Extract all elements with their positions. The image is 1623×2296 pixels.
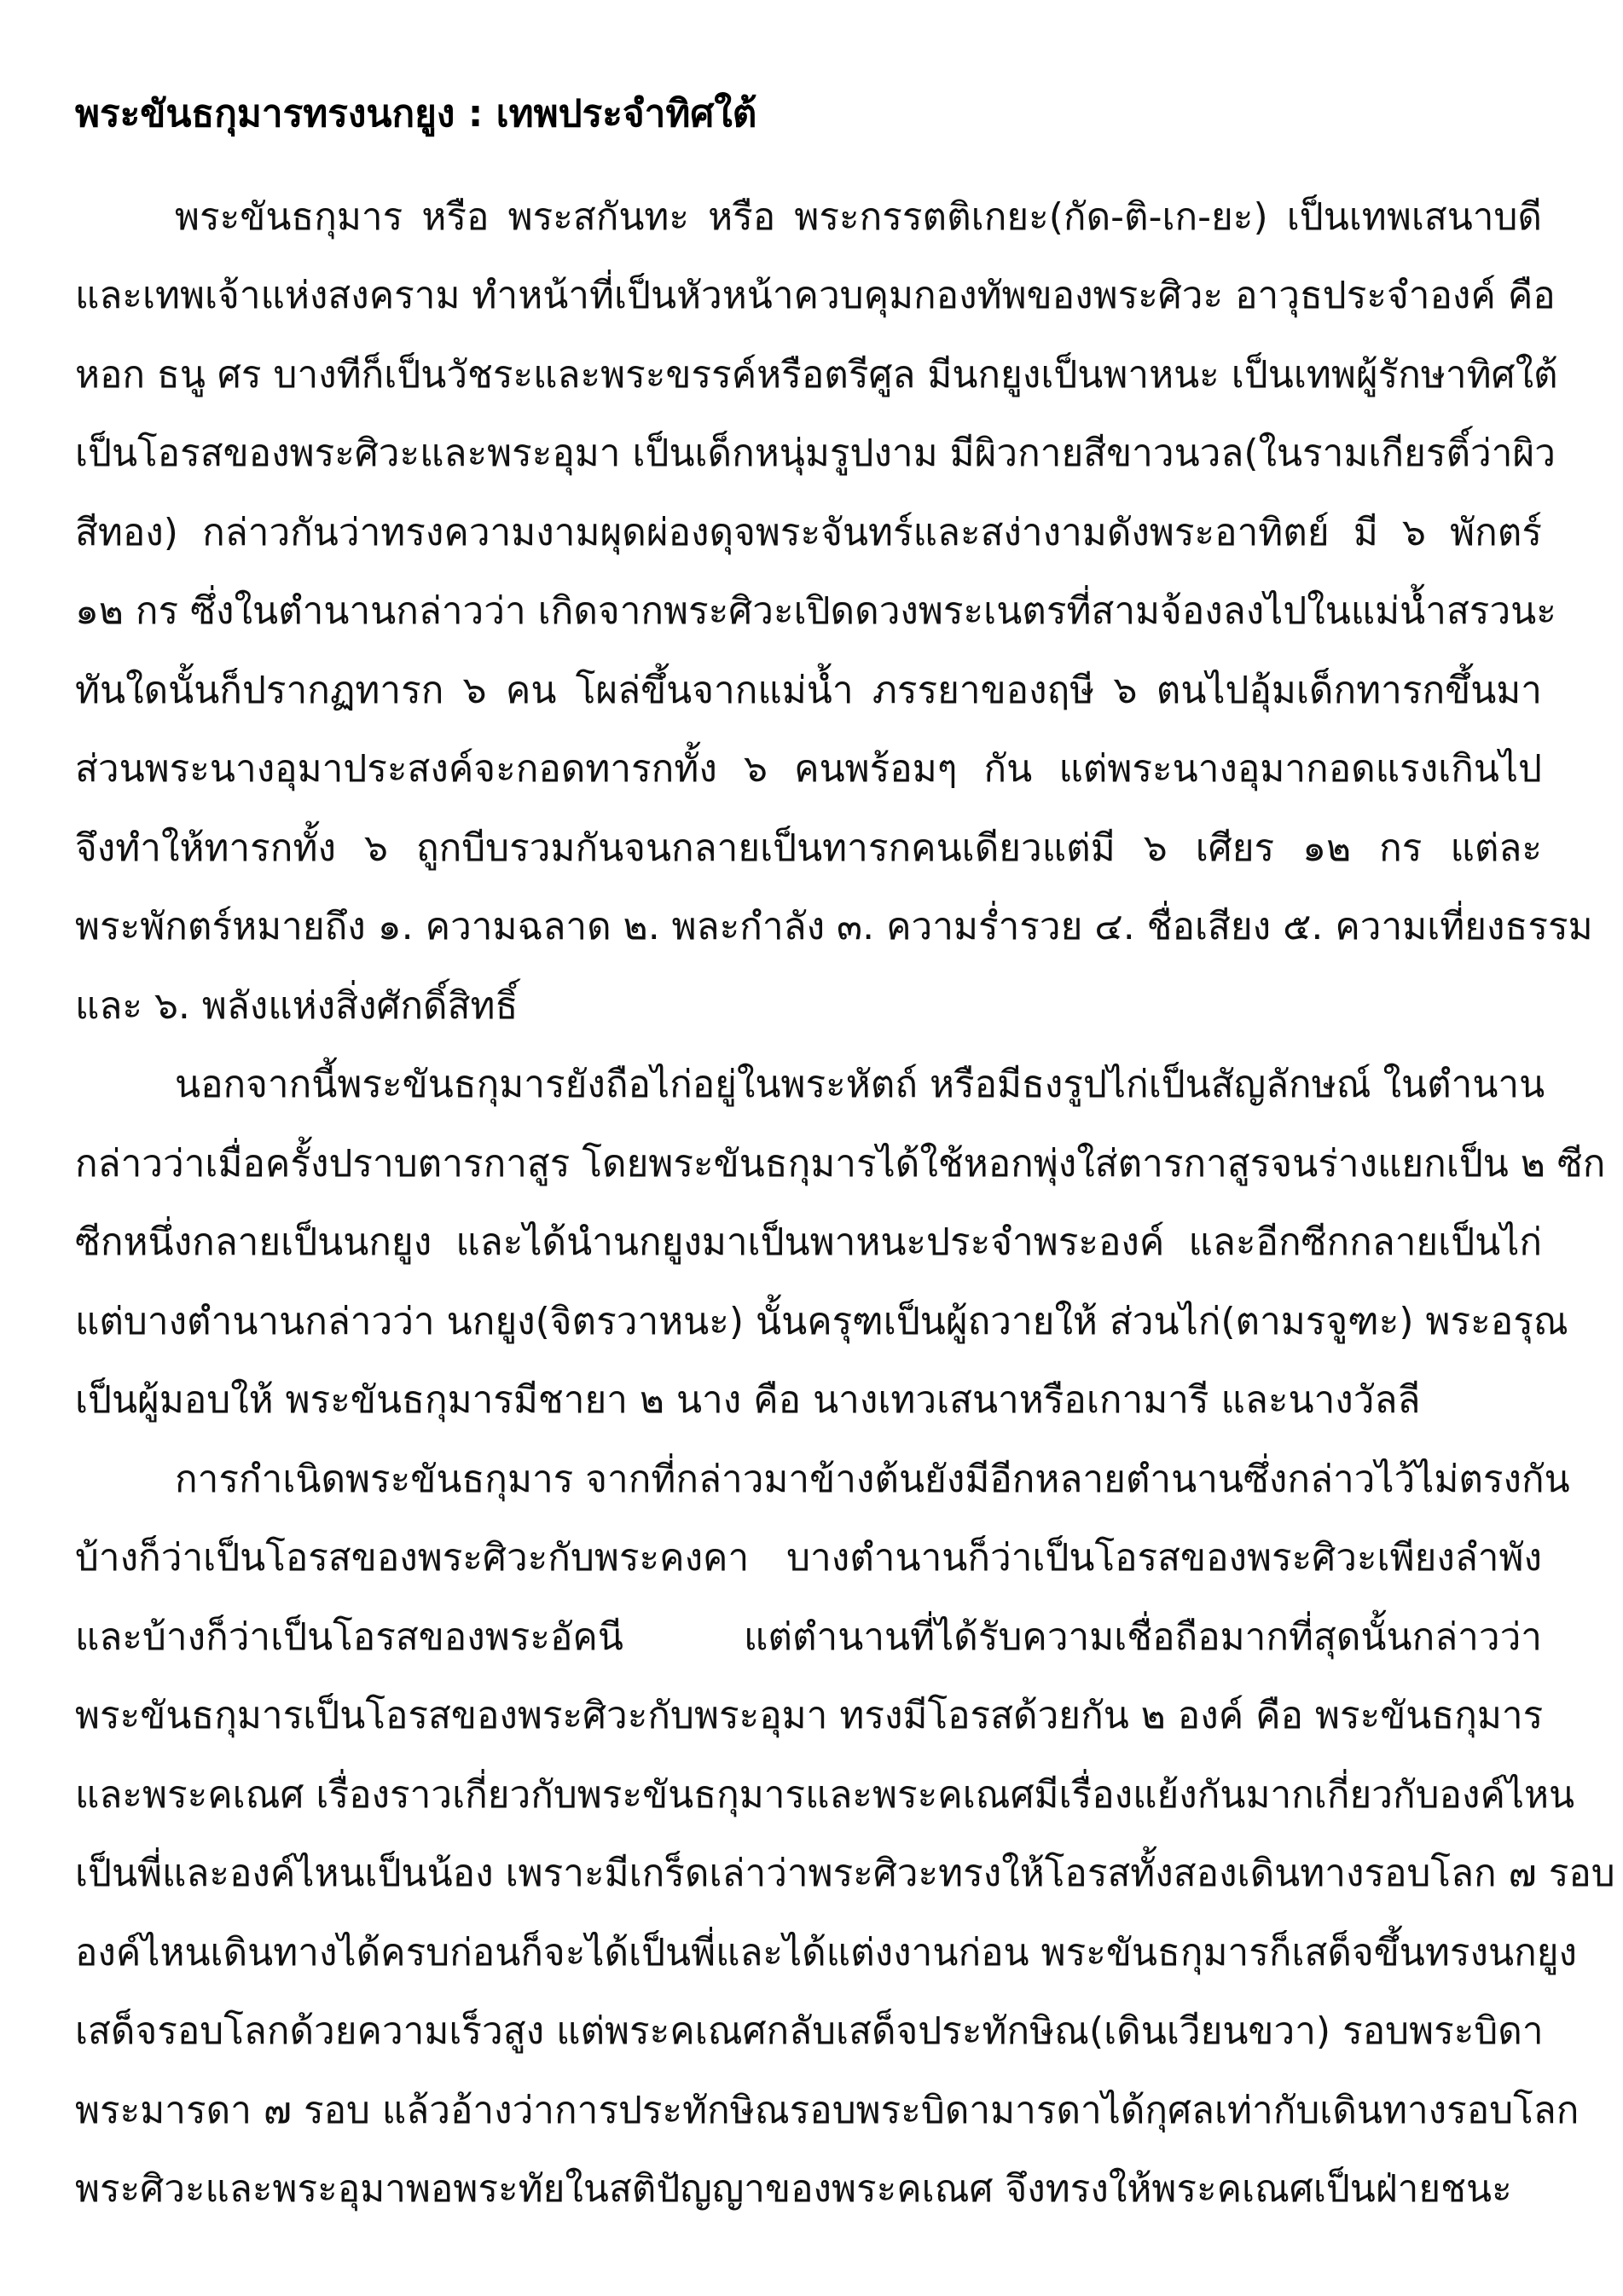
paragraph-1-line: พระขันธกุมาร หรือ พระสกันทะ หรือ พระกรรต…: [175, 192, 1542, 243]
paragraph-3-line: เป็นพี่และองค์ไหนเป็นน้อง เพราะมีเกร็ดเล…: [75, 1848, 1542, 1899]
paragraph-3-line: การกำเนิดพระขันธกุมาร จากที่กล่าวมาข้างต…: [175, 1454, 1542, 1505]
paragraph-3-line: พระศิวะและพระอุมาพอพระทัยในสติปัญญาของพร…: [75, 2164, 1542, 2215]
document-page: พระขันธกุมารทรงนกยูง : เทพประจำทิศใต้ พร…: [0, 0, 1623, 2296]
paragraph-2-line: นอกจากนี้พระขันธกุมารยังถือไก่อยู่ในพระห…: [175, 1059, 1542, 1110]
paragraph-1-line: จึงทำให้ทารกทั้ง ๖ ถูกบีบรวมกันจนกลายเป็…: [75, 823, 1542, 874]
paragraph-1-line: หอก ธนู ศร บางทีก็เป็นวัชระและพระขรรค์หร…: [75, 350, 1542, 401]
paragraph-3-line: พระขันธกุมารเป็นโอรสของพระศิวะกับพระอุมา…: [75, 1690, 1542, 1742]
paragraph-1-line: และเทพเจ้าแห่งสงคราม ทำหน้าที่เป็นหัวหน้…: [75, 270, 1542, 322]
paragraph-3-line: บ้างก็ว่าเป็นโอรสของพระศิวะกับพระคงคา บา…: [75, 1533, 1542, 1584]
paragraph-3-line: องค์ไหนเดินทางได้ครบก่อนก็จะได้เป็นพี่แล…: [75, 1928, 1542, 1979]
paragraph-1-line: ๑๒ กร ซึ่งในตำนานกล่าวว่า เกิดจากพระศิวะ…: [75, 586, 1542, 637]
paragraph-3-line: และพระคเณศ เรื่องราวเกี่ยวกับพระขันธกุมา…: [75, 1770, 1542, 1821]
paragraph-2-line: กล่าวว่าเมื่อครั้งปราบตารกาสูร โดยพระขัน…: [75, 1139, 1542, 1190]
paragraph-1-line: สีทอง) กล่าวกันว่าทรงความงามผุดผ่องดุจพร…: [75, 507, 1542, 559]
paragraph-1-line: ส่วนพระนางอุมาประสงค์จะกอดทารกทั้ง ๖ คนพ…: [75, 744, 1542, 795]
paragraph-1-line: พระพักตร์หมายถึง ๑. ความฉลาด ๒. พละกำลัง…: [75, 902, 1542, 953]
paragraph-3-line: พระมารดา ๗ รอบ แล้วอ้างว่าการประทักษิณรอ…: [75, 2085, 1542, 2137]
paragraph-1-line: เป็นโอรสของพระศิวะและพระอุมา เป็นเด็กหนุ…: [75, 428, 1542, 479]
paragraph-2-line: แต่บางตำนานกล่าวว่า นกยูง(จิตรวาหนะ) นั้…: [75, 1296, 1542, 1348]
document-title: พระขันธกุมารทรงนกยูง : เทพประจำทิศใต้: [75, 89, 756, 140]
paragraph-2-line: เป็นผู้มอบให้ พระขันธกุมารมีชายา ๒ นาง ค…: [75, 1375, 1542, 1426]
paragraph-3-line: และบ้างก็ว่าเป็นโอรสของพระอัคนี แต่ตำนาน…: [75, 1612, 1542, 1663]
paragraph-1-line: ทันใดนั้นก็ปรากฏทารก ๖ คน โผล่ขึ้นจากแม่…: [75, 665, 1542, 716]
paragraph-1-line: และ ๖. พลังแห่งสิ่งศักดิ์สิทธิ์: [75, 981, 1542, 1032]
paragraph-2-line: ซีกหนึ่งกลายเป็นนกยูง และได้นำนกยูงมาเป็…: [75, 1217, 1542, 1268]
paragraph-3-line: เสด็จรอบโลกด้วยความเร็วสูง แต่พระคเณศกลั…: [75, 2006, 1542, 2057]
